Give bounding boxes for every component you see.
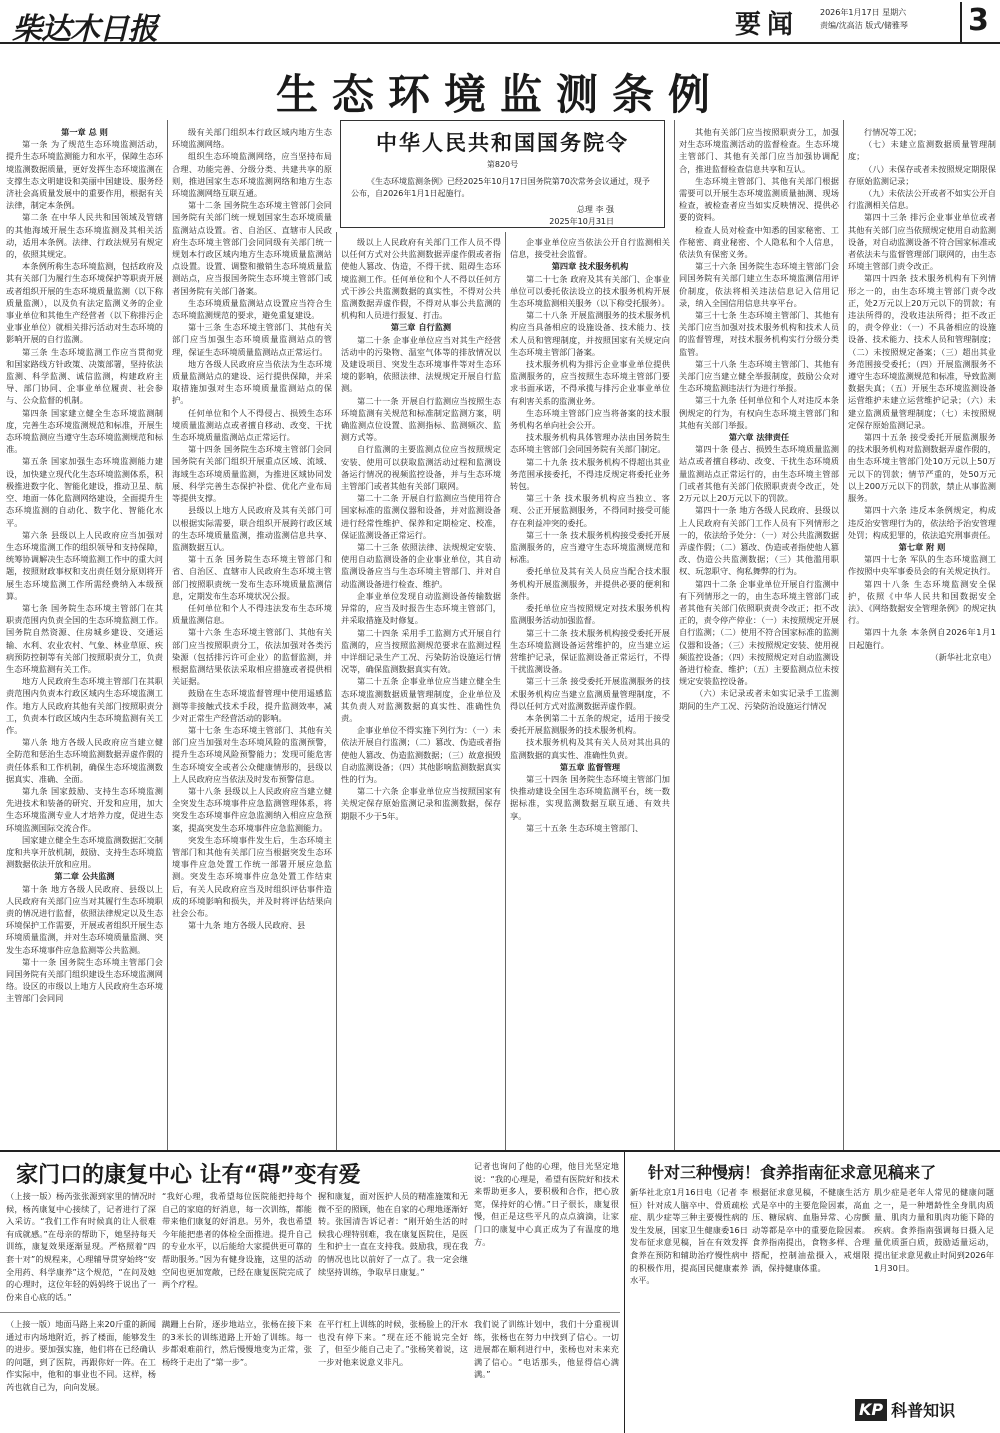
- article-paragraph: （六）未记录或者未如实记录手工监测期间的生产工况、污染防治设施运行情况: [679, 687, 839, 711]
- article-paragraph: 县级以上地方人民政府及其有关部门可以根据实际需要，联合组织开展跨行政区域的生态环…: [172, 504, 332, 553]
- article-paragraph: 级有关部门组织本行政区域内地方生态环境监测网络。: [172, 126, 332, 150]
- decree-box: 中华人民共和国国务院令 第820号 《生态环境监测条例》已经2025年10月17…: [340, 120, 665, 228]
- article-paragraph: 任何单位和个人不得违法发布生态环境质量监测信息。: [172, 602, 332, 626]
- article-paragraph: 第四十四条 技术服务机构有下列情形之一的，由生态环境主管部门责令改正，处2万元以…: [848, 272, 996, 431]
- article-paragraph: 第五条 国家加强生态环境监测能力建设，加快建立现代化生态环境监测体系，积极推进数…: [6, 455, 163, 528]
- story2-column: 肌少症是老年人常见的健康问题之一，是一种增龄性全身肌肉质量、肌肉力量和肌肉功能下…: [874, 1186, 994, 1386]
- article-paragraph: 组织生态环境监测网络，应当坚持布局合理、功能完善、分级分类、共建共享的原则，推进…: [172, 150, 332, 199]
- article-paragraph: 检查人员对检查中知悉的国家秘密、工作秘密、商业秘密、个人隐私和个人信息，依法负有…: [679, 224, 839, 261]
- article-paragraph: （九）未依法公开或者不如实公开自行监测相关信息。: [848, 187, 996, 211]
- chapter-heading: 第二章 公共监测: [6, 870, 163, 882]
- kp-label: 科普知识: [891, 1398, 955, 1421]
- chapter-heading: 第三章 自行监测: [341, 321, 501, 333]
- decree-title: 中华人民共和国国务院令: [351, 127, 654, 157]
- article-paragraph: 第二十一条 开展自行监测应当按照生态环境监测有关规范和标准制定监测方案，明确监测…: [341, 395, 501, 444]
- story2-column: 根据征求意见稿，不健康生活方式是卒中的主要危险因素，高血压、糖尿病、血脂异常、心…: [752, 1186, 870, 1426]
- article-column-3: 级以上人民政府有关部门工作人员不得以任何方式对公共监测数据弄虚作假或者指使他人篡…: [341, 236, 501, 1146]
- decree-signer: 总理 李 强: [351, 204, 614, 216]
- decree-body: 《生态环境监测条例》已经2025年10月17日国务院第70次常务会议通过，现予公…: [351, 176, 654, 200]
- article-paragraph: 第四十六条 违反本条例规定，构成违反治安管理行为的，依法给予治安管理处罚；构成犯…: [848, 504, 996, 541]
- article-paragraph: 第二十三条 依照法律、法规规定安装、使用自动监测设备的企业事业单位，其自动监测设…: [341, 541, 501, 590]
- article-paragraph: 第二十条 企事业单位应当对其生产经营活动中的污染物、温室气体等的排放情况以及建设…: [341, 334, 501, 395]
- decree-date: 2025年10月31日: [351, 216, 614, 228]
- article-column-4: 企事业单位应当依法公开自行监测相关信息，接受社会监督。第四章 技术服务机构第二十…: [510, 236, 670, 1146]
- article-paragraph: 第三十五条 生态环境主管部门、: [510, 822, 670, 834]
- article-paragraph: 第二十六条 企事业单位应当按照国家有关规定保存原始监测记录和监测数据，保存期限不…: [341, 785, 501, 822]
- article-column-2: 级有关部门组织本行政区域内地方生态环境监测网络。组织生态环境监测网络，应当坚持布…: [172, 126, 332, 1146]
- article-paragraph: 生态环境主管部门、其他有关部门根据需要可以开展生态环境监测质量抽测、现场检查，被…: [679, 175, 839, 224]
- article-paragraph: 地方人民政府生态环境主管部门在其职责范围内负责本行政区域内生态环境监测工作。地方…: [6, 675, 163, 736]
- article-paragraph: 第十七条 生态环境主管部门、其他有关部门应当加强对生态环境风险的监测预警，提升生…: [172, 724, 332, 785]
- article-column-5: 其他有关部门应当按照职责分工，加强对生态环境监测活动的监督检查。生态环境主管部门…: [679, 126, 839, 1146]
- article-paragraph: 第四十九条 本条例自2026年1月1日起施行。: [848, 626, 996, 650]
- newspaper-logo: 柴达木日报: [12, 4, 157, 48]
- editors-line: 责编/沈高洁 版式/储雅琴: [820, 19, 960, 32]
- article-paragraph: 第三十八条 生态环境主管部门、其他有关部门应当建立健全举报制度，鼓励公众对生态环…: [679, 358, 839, 395]
- story1-lower-column: （上接一版）地面马路上来20斤重的新闻通过市内场地附近，拆了楼面，能够发生的进步…: [6, 1318, 156, 1430]
- chapter-heading: 第六章 法律责任: [679, 431, 839, 443]
- decree-number: 第820号: [351, 159, 654, 170]
- story1-lower-column: 我们说了训练计划中，我们十分重视训练，张杨也在努力中找到了信心。一切进展都在顺利…: [474, 1318, 619, 1430]
- article-paragraph: 第三十条 技术服务机构应当独立、客观、公正开展监测服务，不得同时接受可能存在利益…: [510, 492, 670, 529]
- story2-column: 新华社北京1月16日电（记者 李恒）针对成人脑卒中、骨质疏松症、肌少症等三种主要…: [630, 1186, 748, 1426]
- article-paragraph: 第二条 在中华人民共和国领域及管辖的其他海域开展生态环境监测及其相关活动，适用本…: [6, 211, 163, 260]
- article-paragraph: 第四十一条 地方各级人民政府、县级以上人民政府有关部门工作人员有下列情形之一的，…: [679, 504, 839, 577]
- kp-science-logo: KP 科普知识: [855, 1398, 955, 1421]
- article-paragraph: 第六条 县级以上人民政府应当加强对生态环境监测工作的组织领导和支持保障，统筹协调…: [6, 529, 163, 602]
- article-paragraph: 第七条 国务院生态环境主管部门在其职责范围内负责全国的生态环境监测工作。国务院自…: [6, 602, 163, 675]
- article-paragraph: 第三条 生态环境监测工作应当贯彻党和国家路线方针政策、决策部署，坚持依法监测、科…: [6, 346, 163, 407]
- article-paragraph: 第二十八条 开展监测服务的技术服务机构应当具备相应的设施设备、技术能力、技术人员…: [510, 309, 670, 358]
- article-paragraph: 突发生态环境事件发生后，生态环境主管部门和其他有关部门应当根据突发生态环境事件应…: [172, 834, 332, 919]
- column-divider: [843, 120, 844, 1150]
- story-separator: [624, 1152, 625, 1433]
- article-paragraph: 第四十三条 排污企业事业单位或者其他有关部门应当依照规定使用自动监测设备，对自动…: [848, 211, 996, 272]
- article-paragraph: 第十条 地方各级人民政府、县级以上人民政府有关部门应当对其履行生态环境职责的情况…: [6, 883, 163, 956]
- chapter-heading: 第五章 监督管理: [510, 761, 670, 773]
- column-divider: [674, 120, 675, 1150]
- article-paragraph: 第三十九条 任何单位和个人对违反本条例规定的行为，有权向生态环境主管部门和其他有…: [679, 394, 839, 431]
- story1-lower-column: 在平行杠上训练的时候，张杨脸上的汗水也没有停下来。“现在还不能说完全好了，但至少…: [318, 1318, 468, 1430]
- article-paragraph: 企事业单位不得实施下列行为：（一）未依法开展自行监测；（二）篡改、伪造或者指使他…: [341, 724, 501, 785]
- article-paragraph: 企事业单位应当依法公开自行监测相关信息，接受社会监督。: [510, 236, 670, 260]
- byline: （新华社北京电）: [848, 651, 996, 663]
- article-paragraph: 委托单位及其有关人员应当配合技术服务机构开展监测服务，并提供必要的便利和条件。: [510, 565, 670, 602]
- article-paragraph: 技术服务机构为排污企业事业单位提供监测服务的，应当按照生态环境主管部门要求书面承…: [510, 358, 670, 407]
- article-paragraph: 其他有关部门应当按照职责分工，加强对生态环境监测活动的监督检查。生态环境主管部门…: [679, 126, 839, 175]
- article-paragraph: 国家建立健全生态环境监测数据汇交制度和共享开放机制，鼓励、支持生态环境监测数据依…: [6, 834, 163, 871]
- story2-title: 针对三种慢病！食养指南征求意见稿来了: [648, 1160, 936, 1183]
- story1-column: （上接一版）杨芮张张源到家里的情况时候，杨芮康复中心接续了，记者进行了深入采访。…: [6, 1190, 156, 1310]
- article-paragraph: 第十八条 县级以上人民政府应当建立健全突发生态环境事件应急监测管理体系，将突发生…: [172, 785, 332, 834]
- section-title: 要闻: [735, 4, 799, 41]
- article-paragraph: 第四十二条 企事业单位开展自行监测中有下列情形之一的，由生态环境主管部门或者其他…: [679, 578, 839, 688]
- date-line: 2026年1月17日 星期六: [820, 6, 960, 19]
- article-paragraph: 第三十二条 技术服务机构接受委托开展生态环境监测设备运营维护的，应当建立运营维护…: [510, 627, 670, 676]
- article-paragraph: 第二十五条 企事业单位应当建立健全生态环境监测数据质量管理制度，企业单位及其负责…: [341, 675, 501, 724]
- article-paragraph: 本条例第二十五条的规定，适用于接受委托开展监测服务的技术服务机构。: [510, 712, 670, 736]
- story1-lower-column: 蹒跚上台阶，逐步地站立，张杨在接下来的3米长的训练道路上开始了训练。每一步都艰难…: [162, 1318, 312, 1430]
- article-paragraph: 技术服务机构具体管理办法由国务院生态环境主管部门会同国务院有关部门制定。: [510, 431, 670, 455]
- article-paragraph: 第二十四条 采用手工监测方式开展自行监测的，应当按照监测规范要求在监测过程中详细…: [341, 627, 501, 676]
- column-divider: [167, 120, 168, 1150]
- article-paragraph: 第四十条 侵占、损毁生态环境质量监测站点或者擅自移动、改变、干扰生态环境质量监测…: [679, 443, 839, 504]
- article-paragraph: 第十二条 国务院生态环境主管部门会同国务院有关部门统一规划国家生态环境质量监测站…: [172, 199, 332, 297]
- article-paragraph: 第八条 地方各级人民政府应当建立健全防范和惩治生态环境监测数据弄虚作假的责任体系…: [6, 736, 163, 785]
- article-paragraph: （八）未保存或者未按照规定期限保存原始监测记录；: [848, 163, 996, 187]
- page-number: 3: [960, 2, 989, 42]
- chapter-heading: 第一章 总 则: [6, 126, 163, 138]
- article-paragraph: 第四条 国家建立健全生态环境监测制度，完善生态环境监测规范和标准，开展生态环境监…: [6, 407, 163, 456]
- article-paragraph: 第三十七条 生态环境主管部门、其他有关部门应当加强对技术服务机构和技术人员的监督…: [679, 309, 839, 358]
- story1-title: 家门口的康复中心 让有“碍”变有爱: [16, 1158, 361, 1189]
- article-paragraph: 第四十七条 军队的生态环境监测工作按照中央军事委员会的有关规定执行。: [848, 553, 996, 577]
- article-paragraph: 第二十九条 技术服务机构不得超出其业务范围承接委托，不得违反规定将委托业务转包。: [510, 456, 670, 493]
- story1-column: “我好心理，我希望每位医院能把持每个自己的家庭的好消息，每一次训练，都能带来他们…: [162, 1190, 312, 1310]
- article-paragraph: 鼓励在生态环境监督管理中使用遥感监测等非接触式技术手段，提升监测效率，减少对正常…: [172, 687, 332, 724]
- article-column-6: 行情况等工况；（七）未建立监测数据质量管理制度；（八）未保存或者未按照规定期限保…: [848, 126, 996, 1146]
- article-paragraph: 行情况等工况；: [848, 126, 996, 138]
- chapter-heading: 第七章 附 则: [848, 541, 996, 553]
- article-paragraph: 生态环境主管部门应当将备案的技术服务机构名单向社会公开。: [510, 407, 670, 431]
- article-paragraph: 生态环境质量监测站点设置应当符合生态环境监测规范的要求，避免重复建设。: [172, 297, 332, 321]
- article-paragraph: 第九条 国家鼓励、支持生态环境监测先进技术和装备的研究、开发和应用，加大生态环境…: [6, 785, 163, 834]
- page-headline: 生态环境监测条例: [0, 62, 1000, 122]
- article-paragraph: 第十九条 地方各级人民政府、县: [172, 919, 332, 931]
- decree-signature: 总理 李 强 2025年10月31日: [351, 204, 654, 228]
- article-paragraph: 第四十八条 生态环境监测安全保护，依照《中华人民共和国数据安全法》、《网络数据安…: [848, 578, 996, 627]
- article-paragraph: 本条例所称生态环境监测，包括政府及其有关部门为履行生态环境保护等职责开展或者组织…: [6, 260, 163, 345]
- story1-column: 记者也询问了他的心理，他目光坚定地说：“我的心理是，希望有医院好和技术来帮助更多…: [474, 1160, 619, 1310]
- masthead: 柴达木日报 要闻 2026年1月17日 星期六 责编/沈高洁 版式/储雅琴 3: [0, 0, 1000, 44]
- article-paragraph: 第三十四条 国务院生态环境主管部门加快推动建设全国生态环境监测平台，统一数据标准…: [510, 773, 670, 822]
- article-paragraph: 第十三条 生态环境主管部门、其他有关部门应当加强生态环境质量监测站点的管理，保证…: [172, 321, 332, 358]
- article-paragraph: 技术服务机构及其有关人员对其出具的监测数据的真实性、准确性负责。: [510, 736, 670, 760]
- kp-badge: KP: [855, 1399, 887, 1421]
- chapter-heading: 第四章 技术服务机构: [510, 260, 670, 272]
- article-column-1: 第一章 总 则 第一条 为了规范生态环境监测活动，提升生态环境监测能力和水平，保…: [6, 126, 163, 1146]
- article-paragraph: 任何单位和个人不得侵占、损毁生态环境质量监测站点或者擅自移动、改变、干扰生态环境…: [172, 407, 332, 444]
- article-paragraph: 第三十一条 技术服务机构接受委托开展监测服务的，应当遵守生态环境监测规范和标准。: [510, 529, 670, 566]
- article-paragraph: 第三十三条 接受委托开展监测服务的技术服务机构应当建立监测质量管理制度，不得以任…: [510, 675, 670, 712]
- article-paragraph: 自行监测的主要监测点位应当按照规定安装、使用可以获取监测活动过程和监测设备运行情…: [341, 443, 501, 492]
- article-paragraph: 地方各级人民政府应当依法为生态环境质量监测站点的建设、运行提供保障，并采取措施加…: [172, 358, 332, 407]
- story-divider: [0, 1312, 620, 1313]
- article-paragraph: （七）未建立监测数据质量管理制度；: [848, 138, 996, 162]
- article-paragraph: 第二十七条 政府及其有关部门、企事业单位可以委托依法设立的技术服务机构开展生态环…: [510, 273, 670, 310]
- article-paragraph: 第十五条 国务院生态环境主管部门和省、自治区、直辖市人民政府生态环境主管部门按照…: [172, 553, 332, 602]
- article-paragraph: 第二十二条 开展自行监测应当使用符合国家标准的监测仪器和设备，并对监测设备进行经…: [341, 492, 501, 541]
- article-paragraph: 企事业单位发现自动监测设备传输数据异常的，应当及时报告生态环境主管部门，并采取措…: [341, 590, 501, 627]
- article-paragraph: 委托单位应当按照规定对技术服务机构监测服务活动加强监督。: [510, 602, 670, 626]
- story1-column: 握和康复，面对医护人员的精准施策和无微不至的照顾，他在自家的心理地逐渐好转。张国…: [318, 1190, 468, 1310]
- column-divider: [505, 232, 506, 1150]
- article-paragraph: 第四十五条 接受委托开展监测服务的技术服务机构对监测数据弄虚作假的，由生态环境主…: [848, 431, 996, 504]
- article-paragraph: 第三十六条 国务院生态环境主管部门会同国务院有关部门建立生态环境监测信用评价制度…: [679, 260, 839, 309]
- column-divider: [336, 232, 337, 1150]
- article-paragraph: 第十四条 国务院生态环境主管部门会同国务院有关部门组织开展重点区域、流域、海域生…: [172, 443, 332, 504]
- article-paragraph: 第十一条 国务院生态环境主管部门会同国务院有关部门组织建设生态环境监测网络。设区…: [6, 956, 163, 1005]
- article-paragraph: 级以上人民政府有关部门工作人员不得以任何方式对公共监测数据弄虚作假或者指使他人篡…: [341, 236, 501, 321]
- masthead-meta: 2026年1月17日 星期六 责编/沈高洁 版式/储雅琴: [820, 6, 960, 32]
- section-divider: [0, 1150, 1000, 1152]
- article-paragraph: 第十六条 生态环境主管部门、其他有关部门应当按照职责分工，依法加强对各类污染源（…: [172, 626, 332, 687]
- article-paragraph: 第一条 为了规范生态环境监测活动，提升生态环境监测能力和水平，保障生态环境监测数…: [6, 138, 163, 211]
